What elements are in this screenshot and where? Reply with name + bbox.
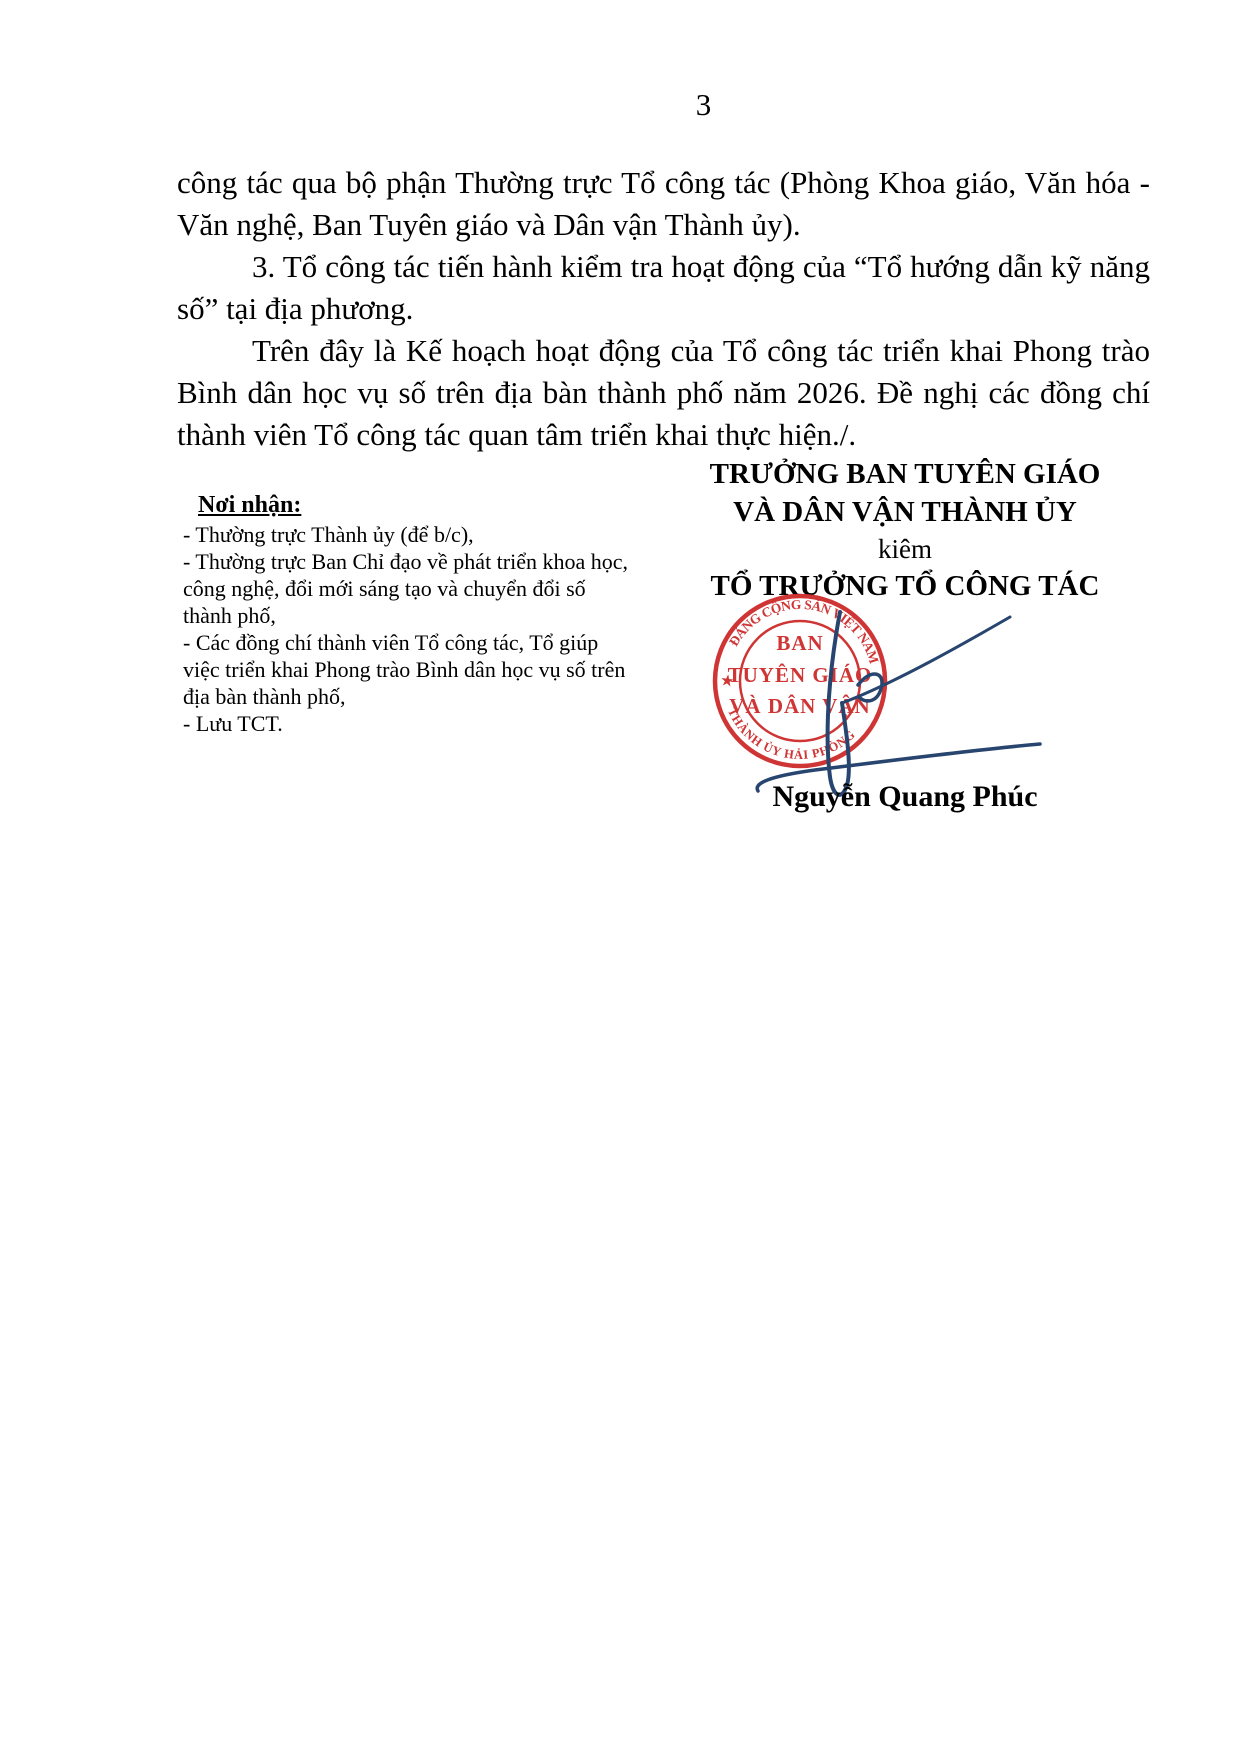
recipients-block: - Thường trực Thành ủy (để b/c), - Thườn… <box>183 521 635 737</box>
paragraph-2: 3. Tổ công tác tiến hành kiểm tra hoạt đ… <box>177 246 1150 330</box>
body-text: công tác qua bộ phận Thường trực Tổ công… <box>177 162 1150 456</box>
recipient-item: - Thường trực Ban Chỉ đạo về phát triển … <box>183 548 635 629</box>
paragraph-1: công tác qua bộ phận Thường trực Tổ công… <box>177 162 1150 246</box>
recipient-item: - Lưu TCT. <box>183 710 635 737</box>
document-page: 3 công tác qua bộ phận Thường trực Tổ cô… <box>0 0 1241 1755</box>
handwritten-signature <box>640 555 1170 885</box>
recipient-item: - Các đồng chí thành viên Tổ công tác, T… <box>183 629 635 710</box>
signer-title-line1: TRƯỞNG BAN TUYÊN GIÁO <box>640 455 1170 493</box>
page-number: 3 <box>177 88 1230 122</box>
recipients-heading: Nơi nhận: <box>198 490 301 520</box>
signature-diagonal-stroke <box>842 617 1010 703</box>
signer-title-line2: VÀ DÂN VẬN THÀNH ỦY <box>640 493 1170 531</box>
signer-name: Nguyễn Quang Phúc <box>640 780 1170 814</box>
recipient-item: - Thường trực Thành ủy (để b/c), <box>183 521 635 548</box>
paragraph-3: Trên đây là Kế hoạch hoạt động của Tổ cô… <box>177 330 1150 456</box>
